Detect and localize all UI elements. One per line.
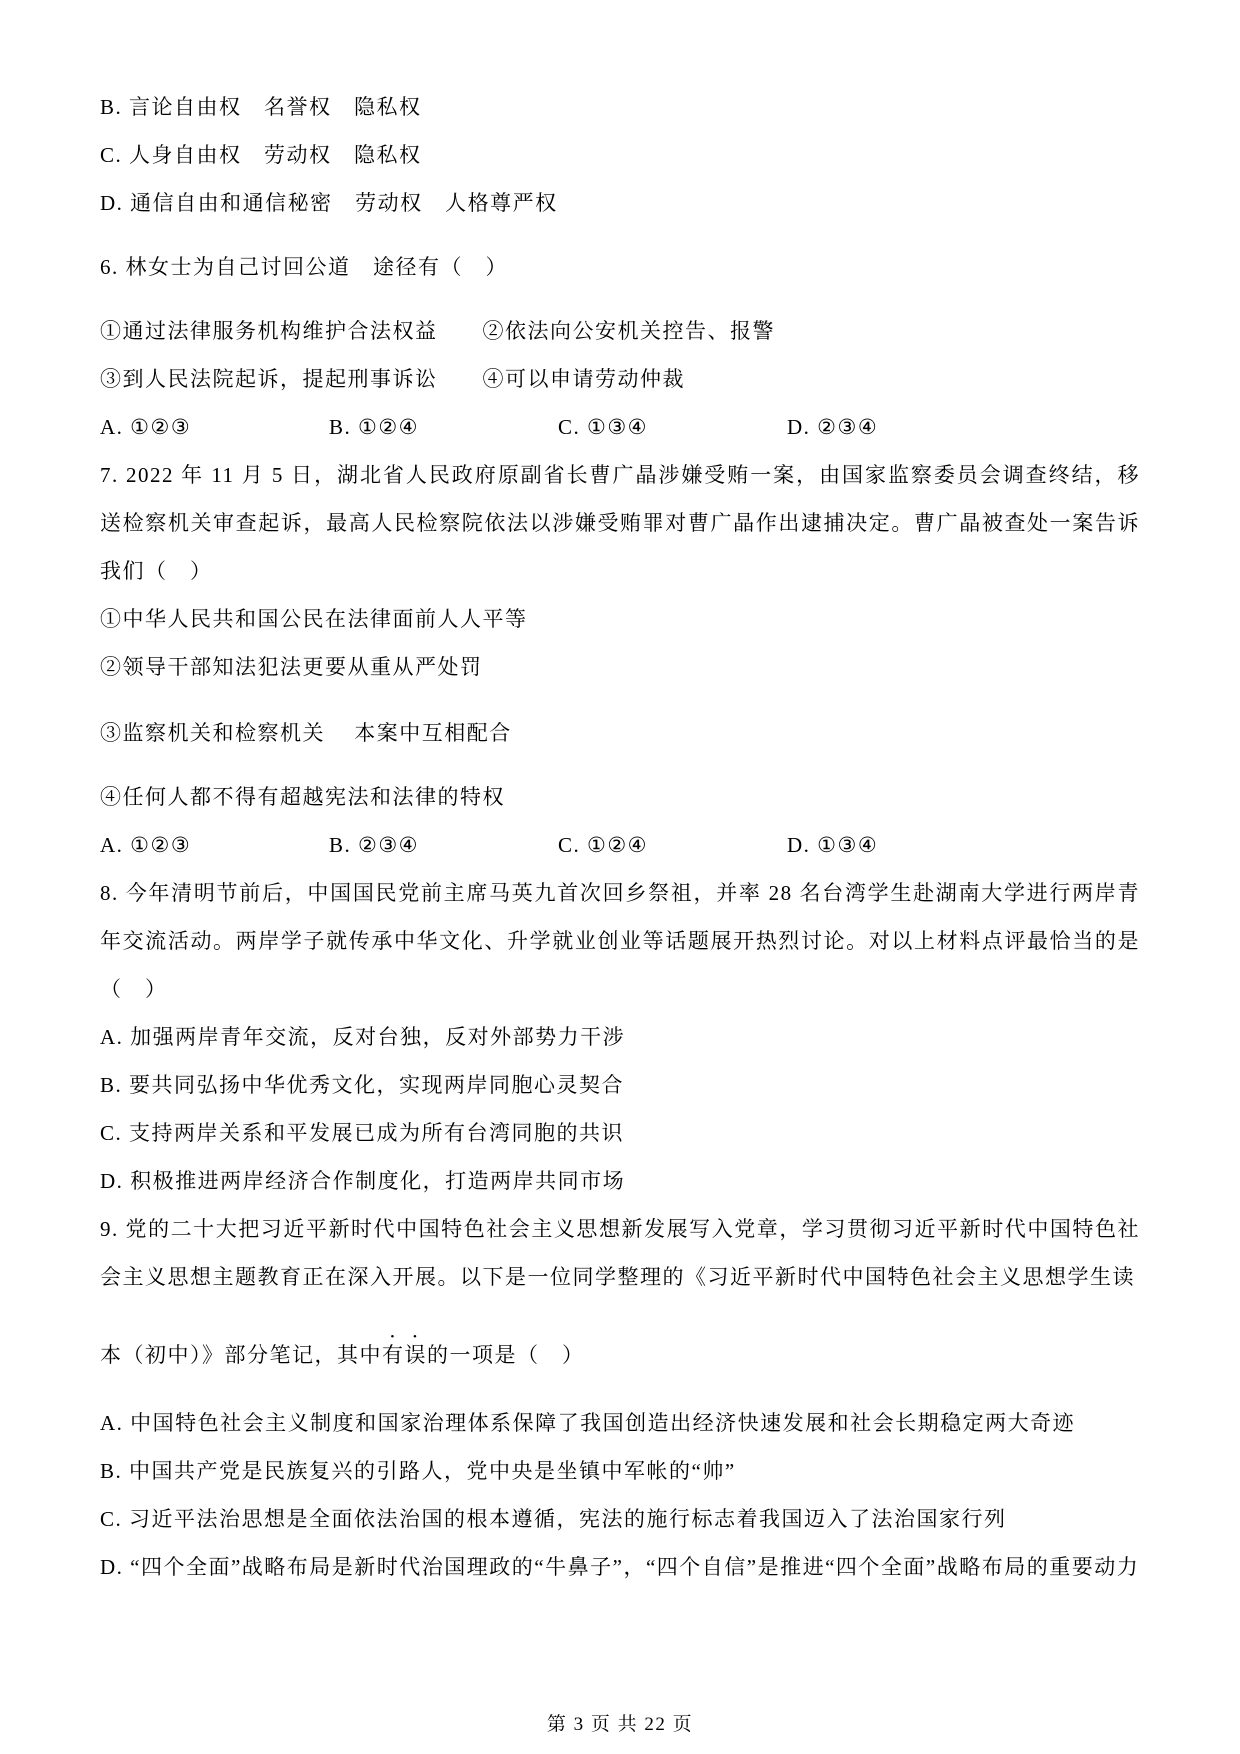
q9-stem-part2-pre: 本（初中）》部分笔记，其中 — [100, 1343, 382, 1367]
q7-stem: 7. 2022 年 11 月 5 日，湖北省人民政府原副省长曹广晶涉嫌受贿一案，… — [100, 451, 1140, 595]
q9-option-b: B. 中国共产党是民族复兴的引路人，党中央是坐镇中军帐的“帅” — [100, 1447, 1140, 1495]
exam-page: B. 言论自由权 名誉权 隐私权 C. 人身自由权 劳动权 隐私权 D. 通信自… — [0, 0, 1240, 1754]
q8-option-c: C. 支持两岸关系和平发展已成为所有台湾同胞的共识 — [100, 1109, 1140, 1157]
q9-option-d: D. “四个全面”战略布局是新时代治国理政的“牛鼻子”，“四个自信”是推进“四个… — [100, 1543, 1140, 1591]
q7-choices: A. ①②③ B. ②③④ C. ①②④ D. ①③④ — [100, 821, 1140, 869]
q9-stem-part2-post: 的一项是（ ） — [427, 1343, 585, 1367]
q6-choice-c: C. ①③④ — [558, 403, 787, 451]
q9-stem-part2: 本（初中）》部分笔记，其中有误的一项是（ ） — [100, 1331, 1140, 1379]
q7-item-1: ①中华人民共和国公民在法律面前人人平等 — [100, 595, 1140, 643]
q6-choices: A. ①②③ B. ①②④ C. ①③④ D. ②③④ — [100, 403, 1140, 451]
page-footer: 第 3 页 共 22 页 — [0, 1705, 1240, 1745]
q6-choice-b: B. ①②④ — [329, 403, 558, 451]
q9-stem-part1: 9. 党的二十大把习近平新时代中国特色社会主义思想新发展写入党章，学习贯彻习近平… — [100, 1205, 1140, 1301]
q5-option-d: D. 通信自由和通信秘密 劳动权 人格尊严权 — [100, 179, 1140, 227]
q6-items-row2: ③到人民法院起诉，提起刑事诉讼 ④可以申请劳动仲裁 — [100, 355, 1140, 403]
q9-option-c: C. 习近平法治思想是全面依法治国的根本遵循，宪法的施行标志着我国迈入了法治国家… — [100, 1495, 1140, 1543]
q7-choice-d: D. ①③④ — [787, 821, 878, 869]
q7-choice-c: C. ①②④ — [558, 821, 787, 869]
q9-stem-emphasis: 有误 — [382, 1343, 427, 1367]
q7-choice-a: A. ①②③ — [100, 821, 329, 869]
q6-items-row1: ①通过法律服务机构维护合法权益 ②依法向公安机关控告、报警 — [100, 307, 1140, 355]
exam-content: B. 言论自由权 名誉权 隐私权 C. 人身自由权 劳动权 隐私权 D. 通信自… — [0, 0, 1240, 1591]
q6-choice-a: A. ①②③ — [100, 403, 329, 451]
q9-option-a: A. 中国特色社会主义制度和国家治理体系保障了我国创造出经济快速发展和社会长期稳… — [100, 1399, 1140, 1447]
q5-option-c: C. 人身自由权 劳动权 隐私权 — [100, 131, 1140, 179]
q6-choice-d: D. ②③④ — [787, 403, 878, 451]
q8-option-a: A. 加强两岸青年交流，反对台独，反对外部势力干涉 — [100, 1013, 1140, 1061]
q6-stem: 6. 林女士为自己讨回公道 途径有（ ） — [100, 243, 1140, 291]
q5-option-b: B. 言论自由权 名誉权 隐私权 — [100, 83, 1140, 131]
q8-stem: 8. 今年清明节前后，中国国民党前主席马英九首次回乡祭祖，并率 28 名台湾学生… — [100, 869, 1140, 1013]
q7-item-4: ④任何人都不得有超越宪法和法律的特权 — [100, 773, 1140, 821]
q7-item-3: ③监察机关和检察机关 本案中互相配合 — [100, 709, 1140, 757]
q7-item-2: ②领导干部知法犯法更要从重从严处罚 — [100, 643, 1140, 691]
q8-option-b: B. 要共同弘扬中华优秀文化，实现两岸同胞心灵契合 — [100, 1061, 1140, 1109]
q7-choice-b: B. ②③④ — [329, 821, 558, 869]
q8-option-d: D. 积极推进两岸经济合作制度化，打造两岸共同市场 — [100, 1157, 1140, 1205]
